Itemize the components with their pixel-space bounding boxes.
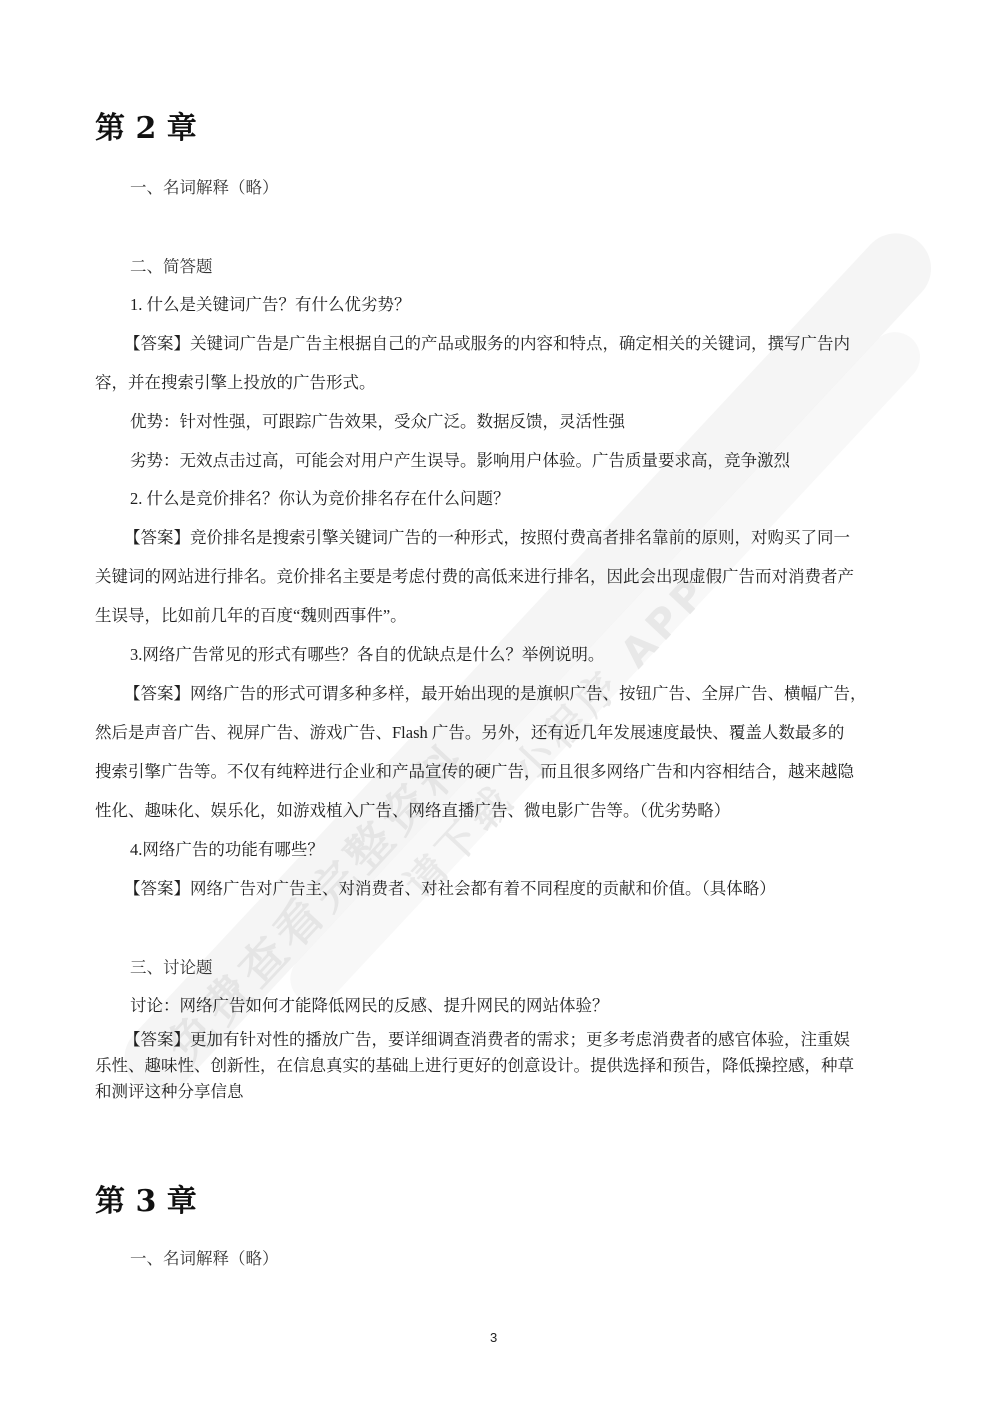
answer-text: 然后是声音广告、视屏广告、游戏广告、Flash 广告。另外，还有近几年发展速度最… bbox=[95, 723, 844, 743]
answer-text: 【答案】竞价排名是搜索引擎关键词广告的一种形式，按照付费高者排名靠前的原则，对购… bbox=[124, 528, 850, 548]
answer-text: 容，并在搜索引擎上投放的广告形式。 bbox=[95, 373, 376, 393]
answer-text: 性化、趣味化、娱乐化，如游戏植入广告、网络直播广告、微电影广告等。（优劣势略） bbox=[95, 801, 730, 821]
question: 讨论：网络广告如何才能降低网民的反感、提升网民的网站体验？ bbox=[130, 996, 609, 1016]
answer-text: 【答案】网络广告对广告主、对消费者、对社会都有着不同程度的贡献和价值。（具体略） bbox=[124, 879, 776, 899]
section-heading: 一、名词解释（略） bbox=[130, 178, 279, 198]
document-page: 免费查看完整资料 请下载 小程序 APP 第 2 章 一、名词解释（略） 二、简… bbox=[0, 0, 993, 1404]
answer-text: 【答案】关键词广告是广告主根据自己的产品或服务的内容和特点，确定相关的关键词，撰… bbox=[124, 334, 850, 354]
chapter-title: 第 2 章 bbox=[95, 103, 197, 147]
section-heading: 二、简答题 bbox=[130, 257, 213, 277]
answer-text: 【答案】更加有针对性的播放广告，要详细调查消费者的需求；更多考虑消费者的感官体验… bbox=[124, 1030, 850, 1050]
answer-text: 搜索引擎广告等。不仅有纯粹进行企业和产品宣传的硬广告，而且很多网络广告和内容相结… bbox=[95, 762, 854, 782]
page-number: 3 bbox=[490, 1330, 497, 1345]
answer-text: 乐性、趣味性、创新性，在信息真实的基础上进行更好的创意设计。提供选择和预告，降低… bbox=[95, 1056, 854, 1076]
section-heading: 一、名词解释（略） bbox=[130, 1249, 279, 1269]
question: 3.网络广告常见的形式有哪些？各自的优缺点是什么？举例说明。 bbox=[130, 645, 604, 665]
answer-text: 【答案】网络广告的形式可谓多种多样，最开始出现的是旗帜广告、按钮广告、全屏广告、… bbox=[124, 684, 867, 704]
question: 1. 什么是关键词广告？有什么优劣势？ bbox=[130, 295, 411, 315]
answer-text: 劣势：无效点击过高，可能会对用户产生误导。影响用户体验。广告质量要求高，竞争激烈 bbox=[130, 451, 790, 471]
answer-text: 和测评这种分享信息 bbox=[95, 1082, 244, 1102]
section-heading: 三、讨论题 bbox=[130, 958, 213, 978]
answer-text: 优势：针对性强，可跟踪广告效果，受众广泛。数据反馈，灵活性强 bbox=[130, 412, 625, 432]
answer-text: 生误导，比如前几年的百度“魏则西事件”。 bbox=[95, 606, 407, 626]
question: 4.网络广告的功能有哪些？ bbox=[130, 840, 324, 860]
question: 2. 什么是竞价排名？你认为竞价排名存在什么问题？ bbox=[130, 489, 510, 509]
chapter-title: 第 3 章 bbox=[95, 1176, 197, 1220]
answer-text: 关键词的网站进行排名。竞价排名主要是考虑付费的高低来进行排名，因此会出现虚假广告… bbox=[95, 567, 854, 587]
